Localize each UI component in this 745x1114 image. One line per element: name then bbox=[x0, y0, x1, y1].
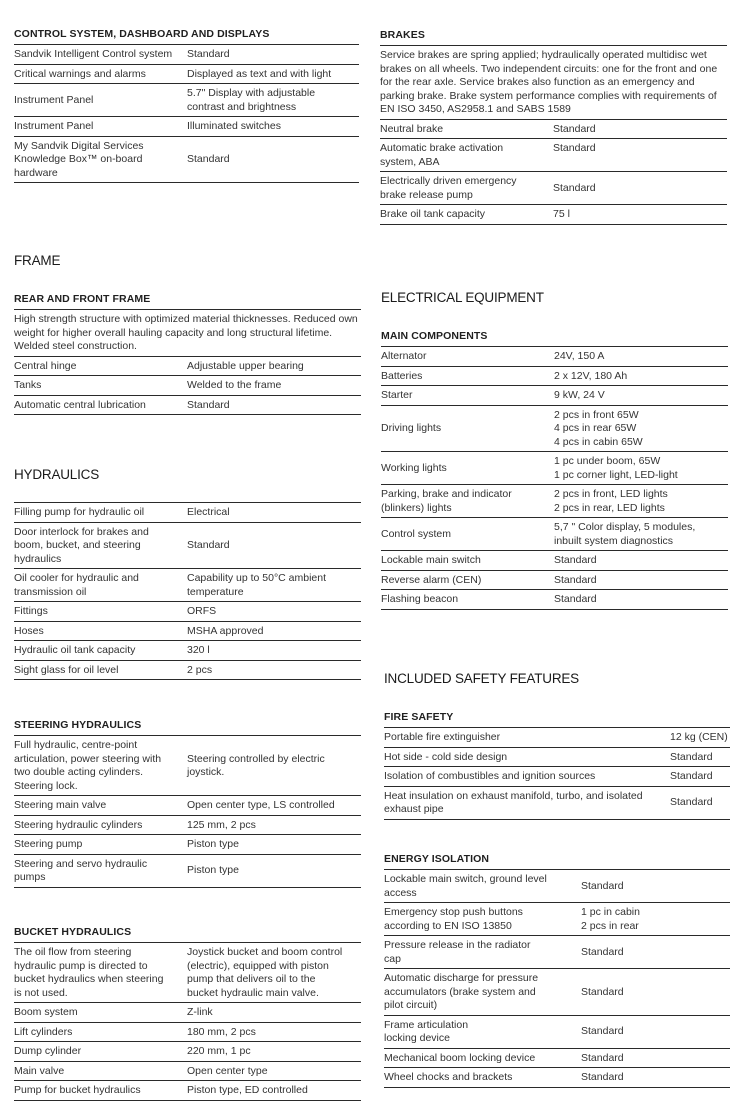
spec-table: Filling pump for hydraulic oilElectrical… bbox=[14, 503, 361, 680]
spec-label: Hydraulic oil tank capacity bbox=[14, 644, 187, 658]
spec-label: Steering and servo hydraulic pumps bbox=[14, 858, 187, 885]
table-row: Door interlock for brakes and boom, buck… bbox=[14, 523, 361, 570]
spec-value: Piston type bbox=[187, 838, 361, 852]
spec-label: Instrument Panel bbox=[14, 120, 187, 134]
spec-label: Working lights bbox=[381, 462, 554, 476]
spec-label: Critical warnings and alarms bbox=[14, 68, 187, 82]
spec-label: Filling pump for hydraulic oil bbox=[14, 506, 187, 520]
section-control-system: CONTROL SYSTEM, DASHBOARD AND DISPLAYS S… bbox=[14, 28, 359, 183]
table-row: Lift cylinders180 mm, 2 pcs bbox=[14, 1023, 361, 1043]
spec-value: 1 pc in cabin 2 pcs in rear bbox=[581, 906, 730, 933]
spec-table: Steering main valveOpen center type, LS … bbox=[14, 796, 361, 888]
spec-table: Sandvik Intelligent Control systemStanda… bbox=[14, 45, 359, 183]
spec-value: Capability up to 50°C ambient temperatur… bbox=[187, 572, 361, 599]
spec-label: Neutral brake bbox=[380, 123, 553, 137]
section-steering-hydraulics: STEERING HYDRAULICS Full hydraulic, cent… bbox=[14, 719, 361, 888]
table-row: Control system5,7 " Color display, 5 mod… bbox=[381, 518, 728, 551]
table-row: Brake oil tank capacity75 l bbox=[380, 205, 727, 225]
spec-value: Standard bbox=[553, 123, 727, 137]
spec-label: Frame articulation locking device bbox=[384, 1019, 581, 1046]
spec-value: Standard bbox=[553, 142, 727, 156]
spec-value: Adjustable upper bearing bbox=[187, 360, 361, 374]
spec-value: 1 pc under boom, 65W 1 pc corner light, … bbox=[554, 455, 728, 482]
table-row: TanksWelded to the frame bbox=[14, 376, 361, 396]
spec-value: 5,7 " Color display, 5 modules, inbuilt … bbox=[554, 521, 728, 548]
spec-value: 12 kg (CEN) bbox=[670, 731, 730, 745]
spec-label: Instrument Panel bbox=[14, 94, 187, 108]
spec-label: Parking, brake and indicator (blinkers) … bbox=[381, 488, 554, 515]
spec-label: Steering main valve bbox=[14, 799, 187, 813]
section-hydraulics: Filling pump for hydraulic oilElectrical… bbox=[14, 502, 361, 680]
spec-label: Alternator bbox=[381, 350, 554, 364]
spec-value: MSHA approved bbox=[187, 625, 361, 639]
table-row: Filling pump for hydraulic oilElectrical bbox=[14, 503, 361, 523]
section-fire-safety: FIRE SAFETY Portable fire extinguisher12… bbox=[384, 711, 730, 820]
spec-table: Central hingeAdjustable upper bearingTan… bbox=[14, 357, 361, 416]
spec-value: Standard bbox=[581, 986, 730, 1000]
spec-label: Lift cylinders bbox=[14, 1026, 187, 1040]
table-row: Boom systemZ-link bbox=[14, 1003, 361, 1023]
spec-label: Lockable main switch, ground level acces… bbox=[384, 873, 581, 900]
spec-value: Standard bbox=[187, 399, 361, 413]
spec-value: Standard bbox=[670, 796, 730, 810]
table-row: Steering main valveOpen center type, LS … bbox=[14, 796, 361, 816]
spec-value: 2 pcs bbox=[187, 664, 361, 678]
spec-label: Hot side - cold side design bbox=[384, 751, 670, 765]
section-description: Service brakes are spring applied; hydra… bbox=[380, 46, 727, 120]
spec-label: Boom system bbox=[14, 1006, 187, 1020]
spec-label: Brake oil tank capacity bbox=[380, 208, 553, 222]
spec-label: Batteries bbox=[381, 370, 554, 384]
table-row: Automatic brake activation system, ABASt… bbox=[380, 139, 727, 172]
spec-value: Standard bbox=[187, 539, 361, 553]
table-row: HosesMSHA approved bbox=[14, 622, 361, 642]
spec-value: Welded to the frame bbox=[187, 379, 361, 393]
spec-value: 320 l bbox=[187, 644, 361, 658]
description-right: Steering controlled by electric joystick… bbox=[187, 753, 361, 780]
spec-label: Automatic discharge for pressure accumul… bbox=[384, 972, 581, 1013]
spec-label: Sight glass for oil level bbox=[14, 664, 187, 678]
table-row: Dump cylinder220 mm, 1 pc bbox=[14, 1042, 361, 1062]
table-row: Batteries2 x 12V, 180 Ah bbox=[381, 367, 728, 387]
spec-label: Driving lights bbox=[381, 422, 554, 436]
section-title: CONTROL SYSTEM, DASHBOARD AND DISPLAYS bbox=[14, 28, 359, 45]
spec-label: Pump for bucket hydraulics bbox=[14, 1084, 187, 1098]
spec-label: Hoses bbox=[14, 625, 187, 639]
spec-label: Sandvik Intelligent Control system bbox=[14, 48, 187, 62]
spec-value: 9 kW, 24 V bbox=[554, 389, 728, 403]
description-right: Joystick bucket and boom control (electr… bbox=[187, 946, 361, 1000]
spec-value: Electrical bbox=[187, 506, 361, 520]
spec-value: Piston type, ED controlled bbox=[187, 1084, 361, 1098]
spec-label: Wheel chocks and brackets bbox=[384, 1071, 581, 1085]
section-title: STEERING HYDRAULICS bbox=[14, 719, 361, 736]
heading-electrical-equipment: ELECTRICAL EQUIPMENT bbox=[381, 290, 544, 306]
spec-label: Reverse alarm (CEN) bbox=[381, 574, 554, 588]
spec-label: Door interlock for brakes and boom, buck… bbox=[14, 526, 187, 567]
spec-label: Pressure release in the radiator cap bbox=[384, 939, 581, 966]
table-row: Starter9 kW, 24 V bbox=[381, 386, 728, 406]
spec-value: Piston type bbox=[187, 864, 361, 878]
table-row: Working lights1 pc under boom, 65W 1 pc … bbox=[381, 452, 728, 485]
spec-label: Mechanical boom locking device bbox=[384, 1052, 581, 1066]
spec-label: Dump cylinder bbox=[14, 1045, 187, 1059]
table-row: Sight glass for oil level2 pcs bbox=[14, 661, 361, 681]
table-row: Driving lights2 pcs in front 65W 4 pcs i… bbox=[381, 406, 728, 453]
spec-label: Steering pump bbox=[14, 838, 187, 852]
spec-table: Alternator24V, 150 ABatteries2 x 12V, 18… bbox=[381, 347, 728, 610]
description-left: The oil flow from steering hydraulic pum… bbox=[14, 946, 187, 1000]
spec-value: Illuminated switches bbox=[187, 120, 359, 134]
spec-table: Portable fire extinguisher12 kg (CEN)Hot… bbox=[384, 728, 730, 820]
spec-value: Standard bbox=[581, 1071, 730, 1085]
spec-value: Standard bbox=[187, 48, 359, 62]
spec-label: Lockable main switch bbox=[381, 554, 554, 568]
spec-label: Main valve bbox=[14, 1065, 187, 1079]
spec-value: 220 mm, 1 pc bbox=[187, 1045, 361, 1059]
table-row: Frame articulation locking deviceStandar… bbox=[384, 1016, 730, 1049]
spec-label: Starter bbox=[381, 389, 554, 403]
spec-value: Standard bbox=[554, 574, 728, 588]
table-row: Pump for bucket hydraulicsPiston type, E… bbox=[14, 1081, 361, 1101]
spec-value: Standard bbox=[581, 1052, 730, 1066]
table-row: Lockable main switchStandard bbox=[381, 551, 728, 571]
spec-value: Displayed as text and with light bbox=[187, 68, 359, 82]
table-row: Portable fire extinguisher12 kg (CEN) bbox=[384, 728, 730, 748]
section-bucket-hydraulics: BUCKET HYDRAULICS The oil flow from stee… bbox=[14, 926, 361, 1101]
spec-value: 75 l bbox=[553, 208, 727, 222]
spec-value: Standard bbox=[554, 593, 728, 607]
table-row: Hot side - cold side designStandard bbox=[384, 748, 730, 768]
spec-value: Standard bbox=[670, 770, 730, 784]
spec-value: Standard bbox=[581, 880, 730, 894]
spec-value: 2 x 12V, 180 Ah bbox=[554, 370, 728, 384]
spec-value: 24V, 150 A bbox=[554, 350, 728, 364]
section-title: ENERGY ISOLATION bbox=[384, 853, 730, 870]
section-title: BRAKES bbox=[380, 29, 727, 46]
table-row: Neutral brakeStandard bbox=[380, 120, 727, 140]
spec-value: ORFS bbox=[187, 605, 361, 619]
section-main-components: MAIN COMPONENTS Alternator24V, 150 ABatt… bbox=[381, 330, 728, 610]
spec-label: Emergency stop push buttons according to… bbox=[384, 906, 581, 933]
spec-label: Oil cooler for hydraulic and transmissio… bbox=[14, 572, 187, 599]
spec-value: Standard bbox=[670, 751, 730, 765]
spec-label: Tanks bbox=[14, 379, 187, 393]
table-row: Pressure release in the radiator capStan… bbox=[384, 936, 730, 969]
table-row: Steering pumpPiston type bbox=[14, 835, 361, 855]
spec-value: Standard bbox=[187, 153, 359, 167]
table-row: Instrument PanelIlluminated switches bbox=[14, 117, 359, 137]
table-row: Flashing beaconStandard bbox=[381, 590, 728, 610]
table-row: FittingsORFS bbox=[14, 602, 361, 622]
section-title: REAR AND FRONT FRAME bbox=[14, 293, 361, 310]
description-left: Full hydraulic, centre-point articulatio… bbox=[14, 739, 187, 793]
table-row: Isolation of combustibles and ignition s… bbox=[384, 767, 730, 787]
table-row: Central hingeAdjustable upper bearing bbox=[14, 357, 361, 377]
spec-value: Open center type bbox=[187, 1065, 361, 1079]
heading-frame: FRAME bbox=[14, 253, 60, 269]
spec-value: 2 pcs in front, LED lights 2 pcs in rear… bbox=[554, 488, 728, 515]
spec-table: Boom systemZ-linkLift cylinders180 mm, 2… bbox=[14, 1003, 361, 1101]
spec-table: Lockable main switch, ground level acces… bbox=[384, 870, 730, 1088]
spec-label: Flashing beacon bbox=[381, 593, 554, 607]
spec-label: Fittings bbox=[14, 605, 187, 619]
table-row: Hydraulic oil tank capacity320 l bbox=[14, 641, 361, 661]
table-row: Heat insulation on exhaust manifold, tur… bbox=[384, 787, 730, 820]
heading-hydraulics: HYDRAULICS bbox=[14, 467, 99, 483]
spec-value: Standard bbox=[553, 182, 727, 196]
table-row: Steering hydraulic cylinders125 mm, 2 pc… bbox=[14, 816, 361, 836]
table-row: Oil cooler for hydraulic and transmissio… bbox=[14, 569, 361, 602]
table-row: My Sandvik Digital Services Knowledge Bo… bbox=[14, 137, 359, 184]
table-row: Automatic discharge for pressure accumul… bbox=[384, 969, 730, 1016]
spec-label: Heat insulation on exhaust manifold, tur… bbox=[384, 790, 670, 817]
section-title: MAIN COMPONENTS bbox=[381, 330, 728, 347]
table-row: Reverse alarm (CEN)Standard bbox=[381, 571, 728, 591]
table-row: Electrically driven emergency brake rele… bbox=[380, 172, 727, 205]
heading-included-safety-features: INCLUDED SAFETY FEATURES bbox=[384, 671, 579, 687]
table-row: Instrument Panel5.7" Display with adjust… bbox=[14, 84, 359, 117]
section-rear-front-frame: REAR AND FRONT FRAME High strength struc… bbox=[14, 293, 361, 415]
section-description: The oil flow from steering hydraulic pum… bbox=[14, 943, 361, 1003]
table-row: Steering and servo hydraulic pumpsPiston… bbox=[14, 855, 361, 888]
table-row: Wheel chocks and bracketsStandard bbox=[384, 1068, 730, 1088]
spec-value: 180 mm, 2 pcs bbox=[187, 1026, 361, 1040]
spec-value: 5.7" Display with adjustable contrast an… bbox=[187, 87, 359, 114]
spec-value: Z-link bbox=[187, 1006, 361, 1020]
spec-label: Isolation of combustibles and ignition s… bbox=[384, 770, 670, 784]
table-row: Automatic central lubricationStandard bbox=[14, 396, 361, 416]
spec-label: Electrically driven emergency brake rele… bbox=[380, 175, 553, 202]
spec-value: Standard bbox=[581, 1025, 730, 1039]
table-row: Alternator24V, 150 A bbox=[381, 347, 728, 367]
section-title: FIRE SAFETY bbox=[384, 711, 730, 728]
table-row: Sandvik Intelligent Control systemStanda… bbox=[14, 45, 359, 65]
spec-label: Steering hydraulic cylinders bbox=[14, 819, 187, 833]
section-description: High strength structure with optimized m… bbox=[14, 310, 361, 357]
table-row: Main valveOpen center type bbox=[14, 1062, 361, 1082]
spec-value: Open center type, LS controlled bbox=[187, 799, 361, 813]
section-description: Full hydraulic, centre-point articulatio… bbox=[14, 736, 361, 796]
spec-value: Standard bbox=[581, 946, 730, 960]
spec-label: Control system bbox=[381, 528, 554, 542]
spec-label: Portable fire extinguisher bbox=[384, 731, 670, 745]
table-row: Critical warnings and alarmsDisplayed as… bbox=[14, 65, 359, 85]
spec-label: Automatic brake activation system, ABA bbox=[380, 142, 553, 169]
spec-value: Standard bbox=[554, 554, 728, 568]
section-brakes: BRAKES Service brakes are spring applied… bbox=[380, 29, 727, 225]
table-row: Emergency stop push buttons according to… bbox=[384, 903, 730, 936]
spec-label: Automatic central lubrication bbox=[14, 399, 187, 413]
spec-label: My Sandvik Digital Services Knowledge Bo… bbox=[14, 140, 187, 181]
spec-table: Neutral brakeStandardAutomatic brake act… bbox=[380, 120, 727, 225]
spec-value: 2 pcs in front 65W 4 pcs in rear 65W 4 p… bbox=[554, 409, 728, 450]
table-row: Lockable main switch, ground level acces… bbox=[384, 870, 730, 903]
spec-label: Central hinge bbox=[14, 360, 187, 374]
section-energy-isolation: ENERGY ISOLATION Lockable main switch, g… bbox=[384, 853, 730, 1088]
table-row: Parking, brake and indicator (blinkers) … bbox=[381, 485, 728, 518]
spec-value: 125 mm, 2 pcs bbox=[187, 819, 361, 833]
table-row: Mechanical boom locking deviceStandard bbox=[384, 1049, 730, 1069]
section-title: BUCKET HYDRAULICS bbox=[14, 926, 361, 943]
